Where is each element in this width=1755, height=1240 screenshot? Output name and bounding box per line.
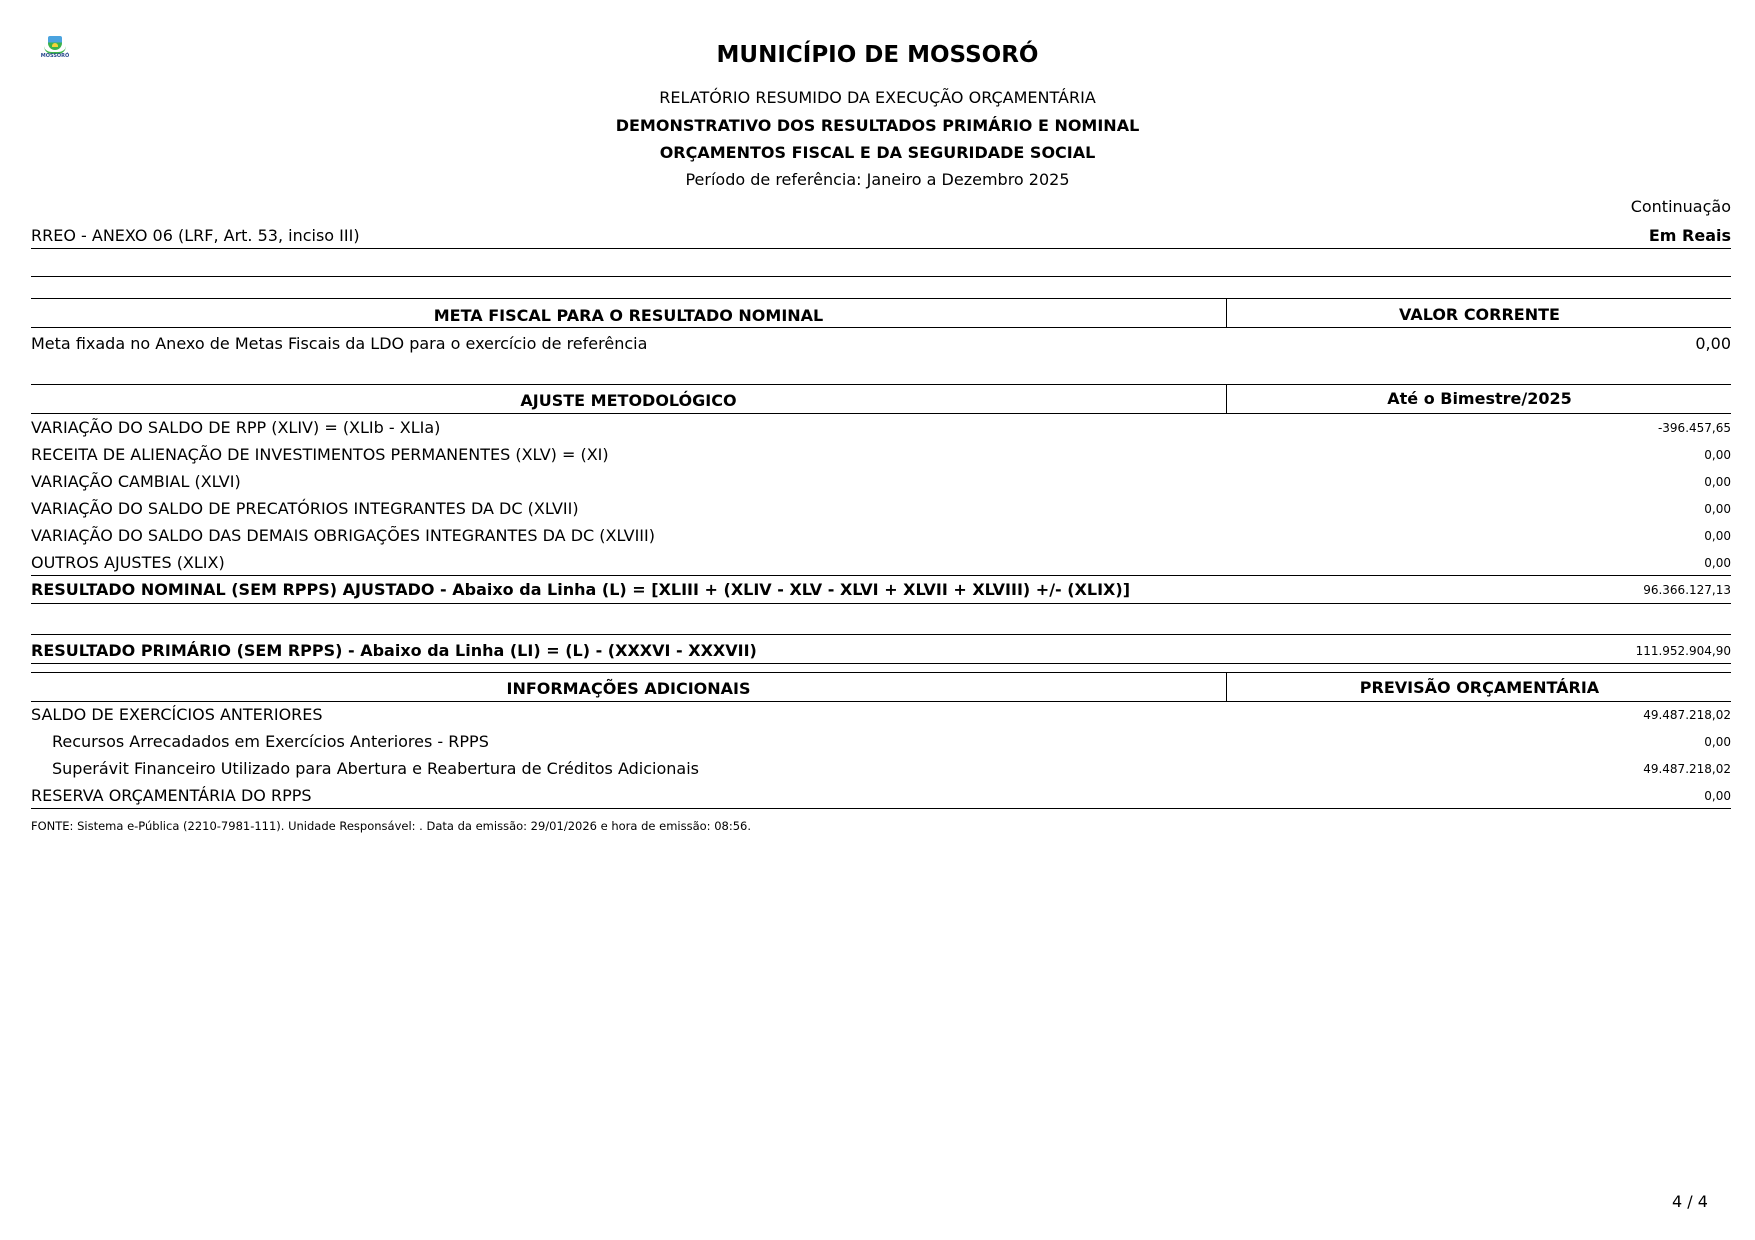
info-row-label: Recursos Arrecadados em Exercícios Anter… — [52, 732, 489, 751]
info-row-value: 49.487.218,02 — [1643, 762, 1731, 776]
divider — [31, 672, 1731, 673]
ajuste-row-label: VARIAÇÃO DO SALDO DE RPP (XLIV) = (XLIb … — [31, 418, 440, 437]
currency-unit: Em Reais — [1649, 226, 1731, 245]
resultado-nominal-label: RESULTADO NOMINAL (SEM RPPS) AJUSTADO - … — [31, 580, 1130, 599]
ajuste-row-label: VARIAÇÃO DO SALDO DE PRECATÓRIOS INTEGRA… — [31, 499, 579, 518]
divider — [31, 603, 1731, 604]
ajuste-row-value: 0,00 — [1704, 475, 1731, 489]
divider — [31, 298, 1731, 299]
info-row-value: 0,00 — [1704, 735, 1731, 749]
divider — [31, 327, 1731, 328]
report-demonstrative: DEMONSTRATIVO DOS RESULTADOS PRIMÁRIO E … — [0, 116, 1755, 135]
ajuste-row-value: 0,00 — [1704, 529, 1731, 543]
previsao-header: PREVISÃO ORÇAMENTÁRIA — [1228, 678, 1731, 697]
ajuste-row-value: 0,00 — [1704, 502, 1731, 516]
meta-fixada-value: 0,00 — [1695, 334, 1731, 353]
info-adicionais-header: INFORMAÇÕES ADICIONAIS — [31, 679, 1226, 698]
info-row-label: Superávit Financeiro Utilizado para Aber… — [52, 759, 699, 778]
report-budgets: ORÇAMENTOS FISCAL E DA SEGURIDADE SOCIAL — [0, 143, 1755, 162]
meta-fixada-label: Meta fixada no Anexo de Metas Fiscais da… — [31, 334, 647, 353]
info-row-label: RESERVA ORÇAMENTÁRIA DO RPPS — [31, 786, 312, 805]
info-row-value: 49.487.218,02 — [1643, 708, 1731, 722]
resultado-primario-value: 111.952.904,90 — [1636, 644, 1731, 658]
continuation-label: Continuação — [1631, 197, 1731, 216]
column-divider — [1226, 673, 1227, 701]
source-note: FONTE: Sistema e-Pública (2210-7981-111)… — [31, 819, 751, 833]
info-row-label: SALDO DE EXERCÍCIOS ANTERIORES — [31, 705, 323, 724]
ajuste-row-value: -396.457,65 — [1658, 421, 1731, 435]
ajuste-row-value: 0,00 — [1704, 556, 1731, 570]
annex-label: RREO - ANEXO 06 (LRF, Art. 53, inciso II… — [31, 226, 360, 245]
reference-period: Período de referência: Janeiro a Dezembr… — [0, 170, 1755, 189]
divider — [31, 701, 1731, 702]
ajuste-row-label: RECEITA DE ALIENAÇÃO DE INVESTIMENTOS PE… — [31, 445, 609, 464]
divider — [31, 808, 1731, 809]
bimestre-header: Até o Bimestre/2025 — [1228, 389, 1731, 408]
ajuste-header: AJUSTE METODOLÓGICO — [31, 391, 1226, 410]
column-divider — [1226, 299, 1227, 328]
divider — [31, 276, 1731, 277]
resultado-primario-label: RESULTADO PRIMÁRIO (SEM RPPS) - Abaixo d… — [31, 641, 757, 660]
valor-corrente-header: VALOR CORRENTE — [1228, 305, 1731, 324]
ajuste-row-value: 0,00 — [1704, 448, 1731, 462]
page-title: MUNICÍPIO DE MOSSORÓ — [0, 42, 1755, 68]
meta-fiscal-header: META FISCAL PARA O RESULTADO NOMINAL — [31, 306, 1226, 325]
divider — [31, 663, 1731, 664]
ajuste-row-label: VARIAÇÃO DO SALDO DAS DEMAIS OBRIGAÇÕES … — [31, 526, 655, 545]
resultado-nominal-value: 96.366.127,13 — [1643, 583, 1731, 597]
ajuste-row-label: VARIAÇÃO CAMBIAL (XLVI) — [31, 472, 241, 491]
divider — [31, 413, 1731, 414]
report-name: RELATÓRIO RESUMIDO DA EXECUÇÃO ORÇAMENTÁ… — [0, 88, 1755, 107]
page-number: 4 / 4 — [1660, 1192, 1720, 1211]
divider — [31, 634, 1731, 635]
divider — [31, 575, 1731, 576]
info-row-value: 0,00 — [1704, 789, 1731, 803]
column-divider — [1226, 385, 1227, 414]
divider — [31, 384, 1731, 385]
divider — [31, 248, 1731, 249]
ajuste-row-label: OUTROS AJUSTES (XLIX) — [31, 553, 225, 572]
